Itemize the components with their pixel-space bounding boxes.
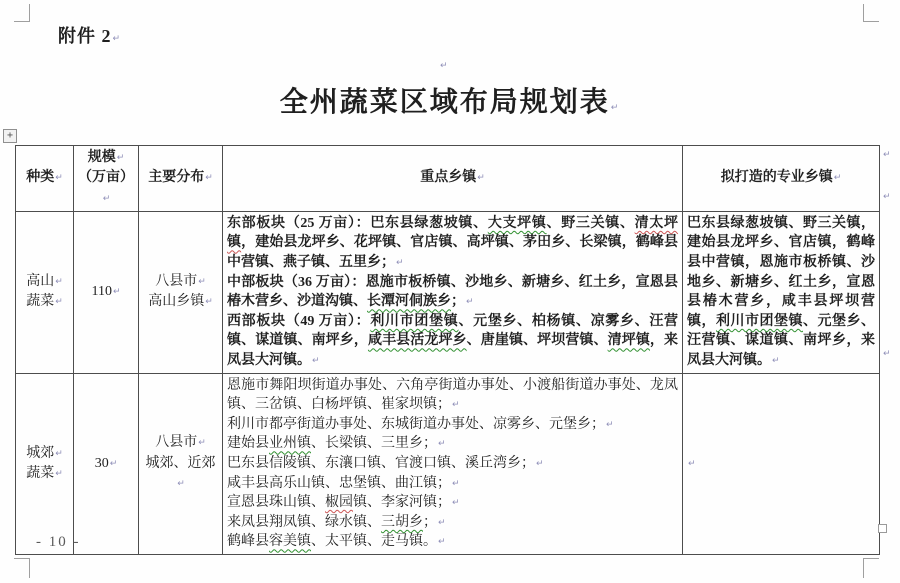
cell-scale-suburban[interactable]: 30↵ <box>74 373 139 554</box>
empty-paragraph[interactable]: ↵ <box>439 56 448 74</box>
paragraph[interactable]: 高山乡镇↵ <box>143 292 218 312</box>
text-run: 、唐崖镇、坪坝营镇、 <box>467 333 608 348</box>
paragraph[interactable]: 规模↵ <box>78 148 134 168</box>
table-row-suburban: 城郊↵蔬菜↵ 30↵ 八县市↵城郊、近郊↵ 恩施市舞阳坝街道办事处、六角亭街道办… <box>16 373 880 554</box>
text-run: 宣恩县珠山镇、 <box>227 495 325 510</box>
move-handle-plus-glyph: + <box>7 131 13 141</box>
text-run: 鹤峰县 <box>227 534 269 549</box>
paragraph[interactable]: 中部板块（36 万亩）：恩施市板桥镇、沙地乡、新塘乡、红土乡，宣恩县椿木营乡、沙… <box>227 273 678 312</box>
text-run: 拟打造的专业乡镇 <box>721 170 833 185</box>
text-run: 椒园 <box>325 495 353 510</box>
cell-type-highland[interactable]: 高山↵蔬菜↵ <box>16 211 74 373</box>
text-run: 八县市 <box>155 274 197 289</box>
text-run: 蔬菜 <box>26 294 54 309</box>
row-end-mark: ↵ <box>883 150 891 160</box>
cell-distribution-suburban[interactable]: 八县市↵城郊、近郊↵ <box>139 373 223 554</box>
paragraph[interactable]: 八县市↵ <box>143 433 218 453</box>
paragraph[interactable]: 东部板块（25 万亩）：巴东县绿葱坡镇、大支坪镇、野三关镇、清太坪镇，建始县龙坪… <box>227 214 678 273</box>
paragraph[interactable]: 高山↵ <box>20 272 69 292</box>
table-resize-handle[interactable] <box>878 524 887 533</box>
text-run: 高山 <box>26 274 54 289</box>
text-run: 西部板块（49 万亩）： <box>227 314 370 329</box>
text-run: 八县市 <box>155 435 197 450</box>
text-run: 重点乡镇 <box>420 170 476 185</box>
cell-scale-highland[interactable]: 110↵ <box>74 211 139 373</box>
text-run: 建始县 <box>227 436 269 451</box>
page-title[interactable]: 全州蔬菜区域布局规划表↵ <box>0 80 900 120</box>
paragraph[interactable]: 八县市↵ <box>143 272 218 292</box>
text-run: 巴东县信陵镇、东瀼口镇、官渡口镇、溪丘湾乡； <box>227 456 535 471</box>
paragraph-mark: ↵ <box>117 153 125 163</box>
text-run: 110 <box>91 284 111 299</box>
text-run: 城郊 <box>26 446 54 461</box>
paragraph-mark: ↵ <box>438 537 446 547</box>
row-end-mark: ↵ <box>883 192 891 202</box>
text-run: 利川市都亭街道办事处、东城街道办事处、凉雾乡、元堡乡； <box>227 417 605 432</box>
text-run: 镇、李家河镇； <box>353 495 451 510</box>
text-run: 种类 <box>26 170 54 185</box>
paragraph[interactable]: 拟打造的专业乡镇↵ <box>687 168 875 188</box>
text-run: 30 <box>95 456 109 471</box>
text-run: 巴东县绿葱坡镇、野三关镇，建始县龙坪乡、官店镇，鹤峰县中营镇，恩施市板桥镇、沙地… <box>687 216 875 329</box>
paragraph-mark: ↵ <box>440 61 448 71</box>
paragraph-mark: ↵ <box>205 297 213 307</box>
text-run: ，建始县龙坪乡、花坪镇、官店镇、高坪镇、茅田乡、长梁镇，鹤峰县中营镇、燕子镇、五… <box>227 235 678 270</box>
paragraph[interactable]: 蔬菜↵ <box>20 464 69 484</box>
table-row-highland: 高山↵蔬菜↵ 110↵ 八县市↵高山乡镇↵ 东部板块（25 万亩）：巴东县绿葱坡… <box>16 211 880 373</box>
text-run: （万亩） <box>78 170 134 185</box>
text-run: ； <box>451 294 465 309</box>
text-run: 、长梁镇、三里乡； <box>311 436 437 451</box>
document-page: 附件 2↵ ↵ 全州蔬菜区域布局规划表↵ + 种类↵ 规模↵（万亩）↵ 主要分布… <box>0 0 900 583</box>
header-cell-professional[interactable]: 拟打造的专业乡镇↵ <box>683 146 880 212</box>
paragraph-mark: ↵ <box>312 356 320 366</box>
text-run: ； <box>423 515 437 530</box>
text-run: 利川市团堡镇 <box>370 314 458 329</box>
paragraph[interactable]: 利川市都亭街道办事处、东城街道办事处、凉雾乡、元堡乡；↵ <box>227 415 678 435</box>
paragraph-mark: ↵ <box>177 479 185 489</box>
paragraph-mark: ↵ <box>477 173 485 183</box>
attachment-label[interactable]: 附件 2↵ <box>58 22 121 48</box>
paragraph[interactable]: 鹤峰县容美镇、太平镇、走马镇。↵ <box>227 532 678 552</box>
paragraph-mark: ↵ <box>113 287 121 297</box>
paragraph-mark: ↵ <box>55 469 63 479</box>
header-cell-distribution[interactable]: 主要分布↵ <box>139 146 223 212</box>
paragraph-mark: ↵ <box>55 173 63 183</box>
paragraph[interactable]: 建始县业州镇、长梁镇、三里乡；↵ <box>227 434 678 454</box>
paragraph-mark: ↵ <box>55 277 63 287</box>
paragraph[interactable]: 重点乡镇↵ <box>227 168 678 188</box>
cell-key-towns-suburban[interactable]: 恩施市舞阳坝街道办事处、六角亭街道办事处、小渡船街道办事处、龙凤镇、三岔镇、白杨… <box>223 373 683 554</box>
paragraph[interactable]: 巴东县信陵镇、东瀼口镇、官渡口镇、溪丘湾乡；↵ <box>227 454 678 474</box>
header-cell-key-towns[interactable]: 重点乡镇↵ <box>223 146 683 212</box>
paragraph[interactable]: 城郊↵ <box>20 444 69 464</box>
paragraph-mark: ↵ <box>452 479 460 489</box>
paragraph[interactable]: 巴东县绿葱坡镇、野三关镇，建始县龙坪乡、官店镇，鹤峰县中营镇，恩施市板桥镇、沙地… <box>687 214 875 371</box>
paragraph-mark: ↵ <box>198 438 206 448</box>
text-run: 利川市团堡镇 <box>716 314 803 329</box>
paragraph-mark: ↵ <box>55 449 63 459</box>
row-end-mark: ↵ <box>883 349 891 359</box>
paragraph[interactable]: ↵ <box>687 454 875 474</box>
text-run: 蔬菜 <box>26 466 54 481</box>
paragraph-mark: ↵ <box>611 103 621 113</box>
vegetable-layout-table: 种类↵ 规模↵（万亩）↵ 主要分布↵ 重点乡镇↵ 拟打造的专业乡镇↵ 高山↵蔬菜… <box>15 145 880 555</box>
paragraph-mark: ↵ <box>466 297 474 307</box>
cell-key-towns-highland[interactable]: 东部板块（25 万亩）：巴东县绿葱坡镇、大支坪镇、野三关镇、清太坪镇，建始县龙坪… <box>223 211 683 373</box>
paragraph-mark: ↵ <box>110 459 118 469</box>
paragraph[interactable]: 城郊、近郊↵ <box>143 454 218 495</box>
paragraph-mark: ↵ <box>772 356 780 366</box>
cell-professional-highland[interactable]: 巴东县绿葱坡镇、野三关镇，建始县龙坪乡、官店镇，鹤峰县中营镇，恩施市板桥镇、沙地… <box>683 211 880 373</box>
paragraph-mark: ↵ <box>438 518 446 528</box>
paragraph-mark: ↵ <box>834 173 842 183</box>
table-header-row: 种类↵ 规模↵（万亩）↵ 主要分布↵ 重点乡镇↵ 拟打造的专业乡镇↵ <box>16 146 880 212</box>
page-title-text: 全州蔬菜区域布局规划表 <box>280 87 610 118</box>
text-run: 城郊、近郊 <box>146 456 216 471</box>
text-run: 来凤县翔凤镇、绿水镇、 <box>227 515 381 530</box>
paragraph[interactable]: 宣恩县珠山镇、椒园镇、李家河镇；↵ <box>227 493 678 513</box>
paragraph-mark: ↵ <box>606 420 614 430</box>
paragraph[interactable]: 咸丰县高乐山镇、忠堡镇、曲江镇；↵ <box>227 474 678 494</box>
paragraph[interactable]: 30↵ <box>78 454 134 474</box>
paragraph-mark: ↵ <box>113 34 122 44</box>
paragraph-mark: ↵ <box>452 400 460 410</box>
paragraph-mark: ↵ <box>198 277 206 287</box>
paragraph[interactable]: 来凤县翔凤镇、绿水镇、三胡乡；↵ <box>227 513 678 533</box>
paragraph-mark: ↵ <box>688 459 696 469</box>
paragraph-mark: ↵ <box>55 297 63 307</box>
paragraph[interactable]: 西部板块（49 万亩）：利川市团堡镇、元堡乡、柏杨镇、凉雾乡、汪营镇、谋道镇、南… <box>227 312 678 371</box>
paragraph-mark: ↵ <box>438 439 446 449</box>
cell-professional-suburban[interactable]: ↵ <box>683 373 880 554</box>
text-run: 容美镇 <box>269 534 311 549</box>
paragraph[interactable]: 恩施市舞阳坝街道办事处、六角亭街道办事处、小渡船街道办事处、龙凤镇、三岔镇、白杨… <box>227 376 678 415</box>
paragraph-mark: ↵ <box>452 498 460 508</box>
paragraph[interactable]: 蔬菜↵ <box>20 292 69 312</box>
text-run: 三胡乡 <box>381 515 423 530</box>
paragraph-mark: ↵ <box>205 173 213 183</box>
text-run: 东部板块（25 万亩）：巴东县绿葱坡镇、 <box>227 216 488 231</box>
paragraph[interactable]: 110↵ <box>78 282 134 302</box>
text-run: 、野三关镇、 <box>547 216 635 231</box>
text-run: 高山乡镇 <box>148 294 204 309</box>
paragraph[interactable]: 主要分布↵ <box>143 168 218 188</box>
header-cell-scale[interactable]: 规模↵（万亩）↵ <box>74 146 139 212</box>
text-run: 主要分布 <box>148 170 204 185</box>
cell-distribution-highland[interactable]: 八县市↵高山乡镇↵ <box>139 211 223 373</box>
text-run: 、太平镇、走马镇。 <box>311 534 437 549</box>
paragraph[interactable]: （万亩）↵ <box>78 168 134 209</box>
text-run: 业州镇 <box>269 436 311 451</box>
text-run: 清坪镇 <box>608 333 650 348</box>
text-run: 大支坪镇 <box>488 216 547 231</box>
paragraph-mark: ↵ <box>396 258 404 268</box>
header-cell-type[interactable]: 种类↵ <box>16 146 74 212</box>
text-run: 咸丰县活龙坪乡 <box>368 333 467 348</box>
text-run: 长潭河侗族乡 <box>367 294 451 309</box>
text-run: 咸丰县高乐山镇、忠堡镇、曲江镇； <box>227 476 451 491</box>
page-number: - 10 - <box>36 534 81 551</box>
paragraph-mark: ↵ <box>103 194 111 204</box>
text-run: 规模 <box>88 150 116 165</box>
paragraph-mark: ↵ <box>536 459 544 469</box>
table-move-handle-icon[interactable]: + <box>3 129 17 143</box>
attachment-label-text: 附件 2 <box>58 26 112 46</box>
cell-type-suburban[interactable]: 城郊↵蔬菜↵ <box>16 373 74 554</box>
paragraph[interactable]: 种类↵ <box>20 168 69 188</box>
